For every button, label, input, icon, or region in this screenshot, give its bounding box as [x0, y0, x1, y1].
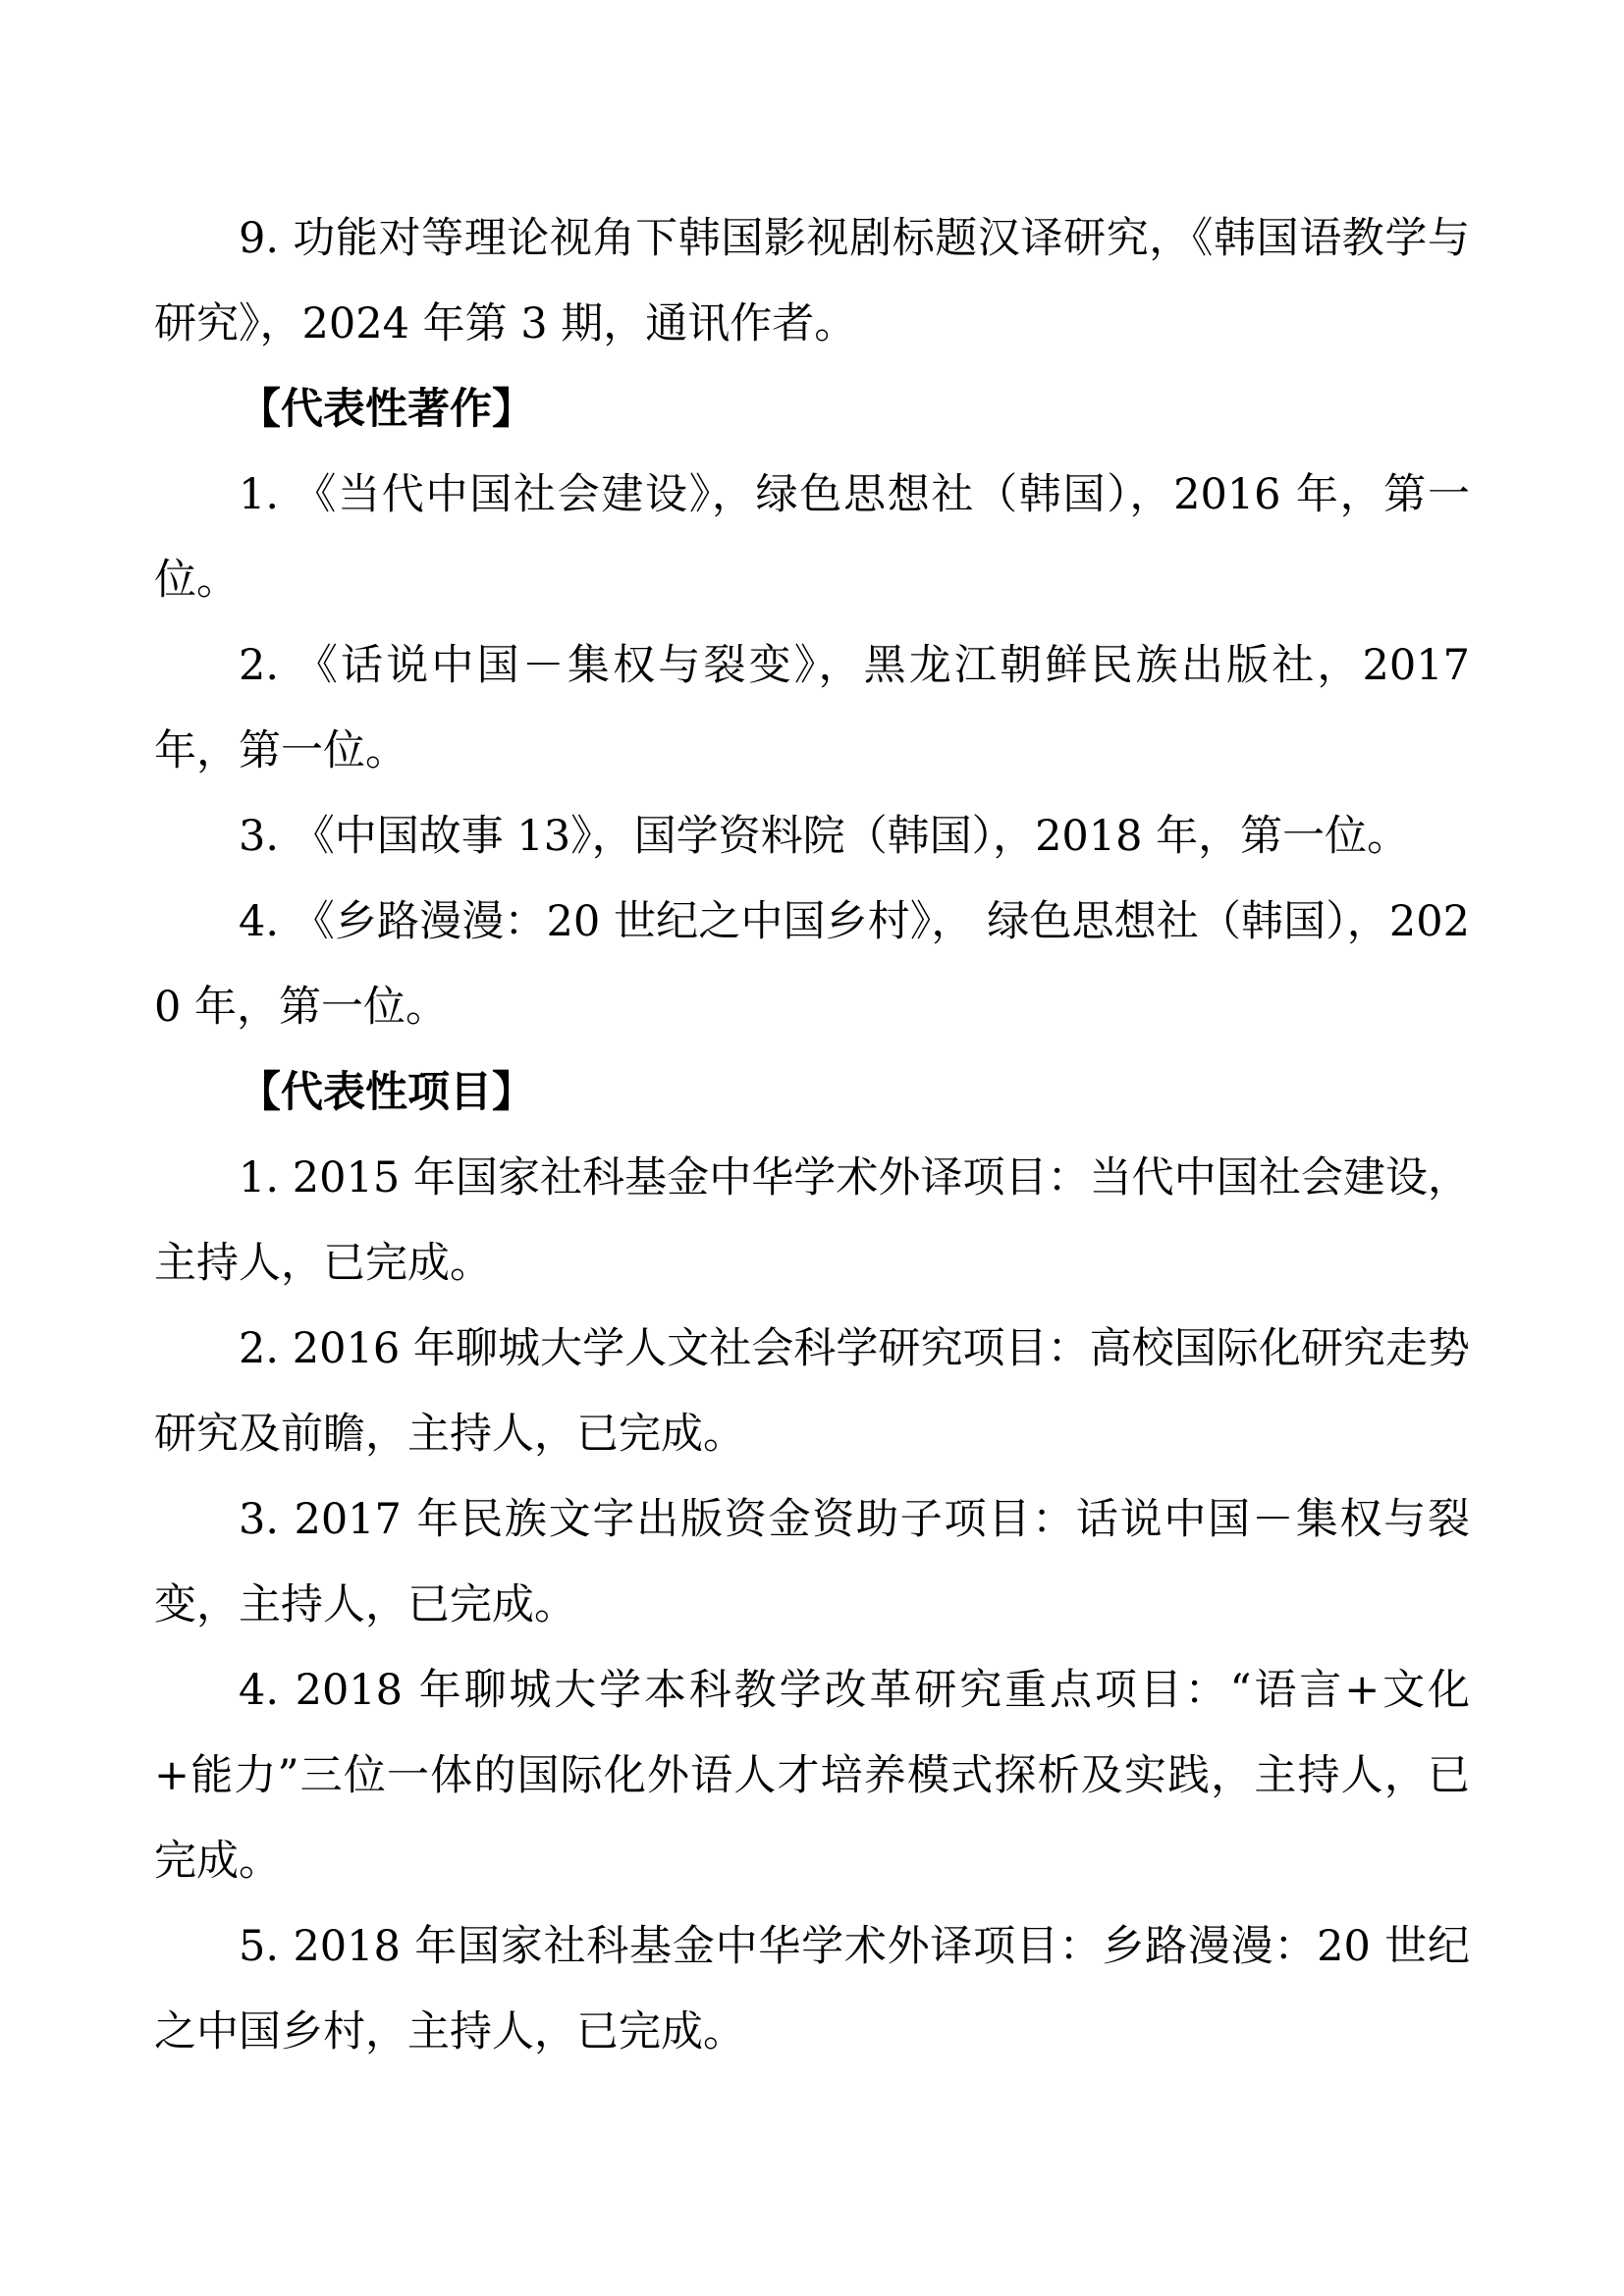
book-item-1: 1. 《当代中国社会建设》，绿色思想社（韩国），2016 年，第一位。 [154, 453, 1470, 623]
project-item-2: 2. 2016 年聊城大学人文社会科学研究项目：高校国际化研究走势研究及前瞻，主… [154, 1307, 1470, 1477]
section-heading-representative-works: 【代表性著作】 [154, 367, 1470, 453]
section-heading-representative-projects: 【代表性项目】 [154, 1050, 1470, 1136]
book-item-3: 3. 《中国故事 13》，国学资料院（韩国），2018 年，第一位。 [154, 794, 1470, 880]
publication-item-9: 9. 功能对等理论视角下韩国影视剧标题汉译研究，《韩国语教学与研究》，2024 … [154, 196, 1470, 367]
project-item-3: 3. 2017 年民族文字出版资金资助子项目：话说中国－集权与裂变，主持人，已完… [154, 1477, 1470, 1648]
project-item-1: 1. 2015 年国家社科基金中华学术外译项目：当代中国社会建设，主持人，已完成… [154, 1136, 1470, 1307]
document-page: 9. 功能对等理论视角下韩国影视剧标题汉译研究，《韩国语教学与研究》，2024 … [0, 0, 1624, 2296]
book-item-2: 2. 《话说中国－集权与裂变》，黑龙江朝鲜民族出版社，2017 年，第一位。 [154, 623, 1470, 794]
book-item-4: 4. 《乡路漫漫：20 世纪之中国乡村》， 绿色思想社（韩国），2020 年，第… [154, 880, 1470, 1050]
project-item-4: 4. 2018 年聊城大学本科教学改革研究重点项目：“语言+文化+能力”三位一体… [154, 1648, 1470, 1904]
project-item-5: 5. 2018 年国家社科基金中华学术外译项目：乡路漫漫：20 世纪之中国乡村，… [154, 1904, 1470, 2075]
